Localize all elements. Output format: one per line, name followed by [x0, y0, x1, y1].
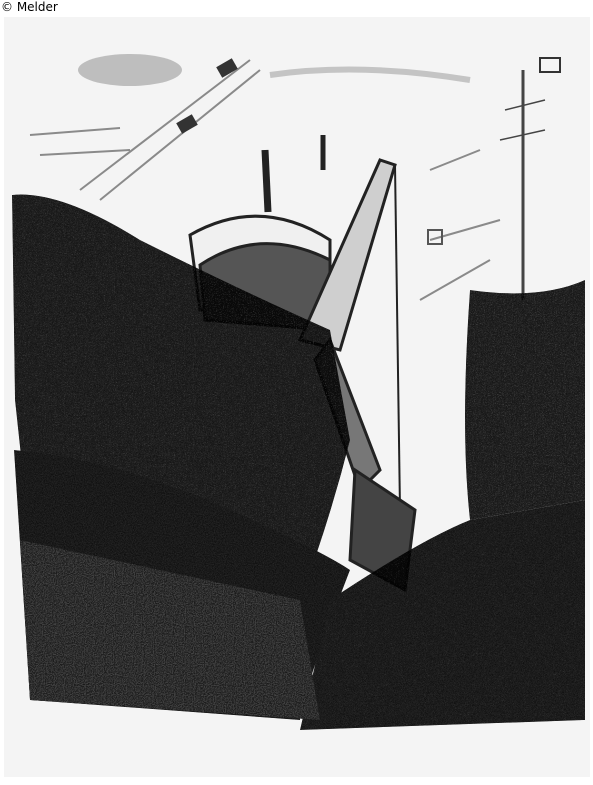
- excavator-lithograph: [0, 0, 593, 785]
- copyright-watermark: © Melder: [1, 0, 58, 15]
- telegraph-pole: [500, 70, 545, 300]
